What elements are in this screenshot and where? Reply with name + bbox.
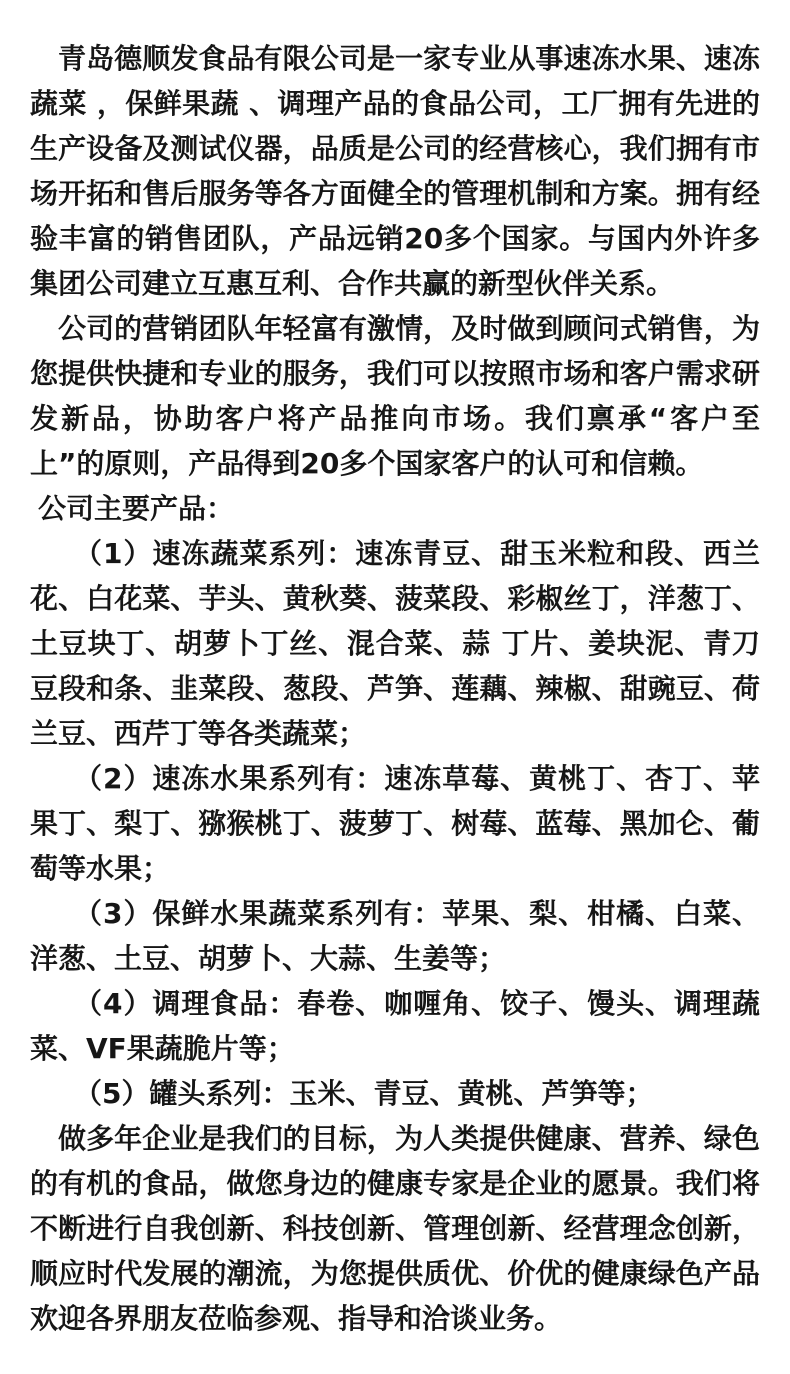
products-heading: 公司主要产品： — [30, 486, 760, 531]
product-item-3: （3）保鲜水果蔬菜系列有：苹果、梨、柑橘、白菜、洋葱、土豆、胡萝卜、大蒜、生姜等… — [30, 891, 760, 981]
intro-paragraph: 青岛德顺发食品有限公司是一家专业从事速冻水果、速冻蔬菜 ，保鲜果蔬 、调理产品的… — [30, 36, 760, 306]
product-item-1: （1）速冻蔬菜系列：速冻青豆、甜玉米粒和段、西兰花、白花菜、芋头、黄秋葵、菠菜段… — [30, 531, 760, 756]
product-item-5: （5）罐头系列：玉米、青豆、黄桃、芦笋等； — [30, 1071, 760, 1116]
marketing-team-paragraph: 公司的营销团队年轻富有激情，及时做到顾问式销售，为您提供快捷和专业的服务，我们可… — [30, 306, 760, 486]
product-item-4: （4）调理食品：春卷、咖喱角、饺子、馒头、调理蔬菜、VF果蔬脆片等； — [30, 981, 760, 1071]
vision-paragraph: 做多年企业是我们的目标，为人类提供健康、营养、绿色的有机的食品，做您身边的健康专… — [30, 1116, 760, 1341]
product-item-2: （2）速冻水果系列有：速冻草莓、黄桃丁、杏丁、苹果丁、梨丁、猕猴桃丁、菠萝丁、树… — [30, 756, 760, 891]
company-profile-document: 青岛德顺发食品有限公司是一家专业从事速冻水果、速冻蔬菜 ，保鲜果蔬 、调理产品的… — [0, 0, 790, 1374]
